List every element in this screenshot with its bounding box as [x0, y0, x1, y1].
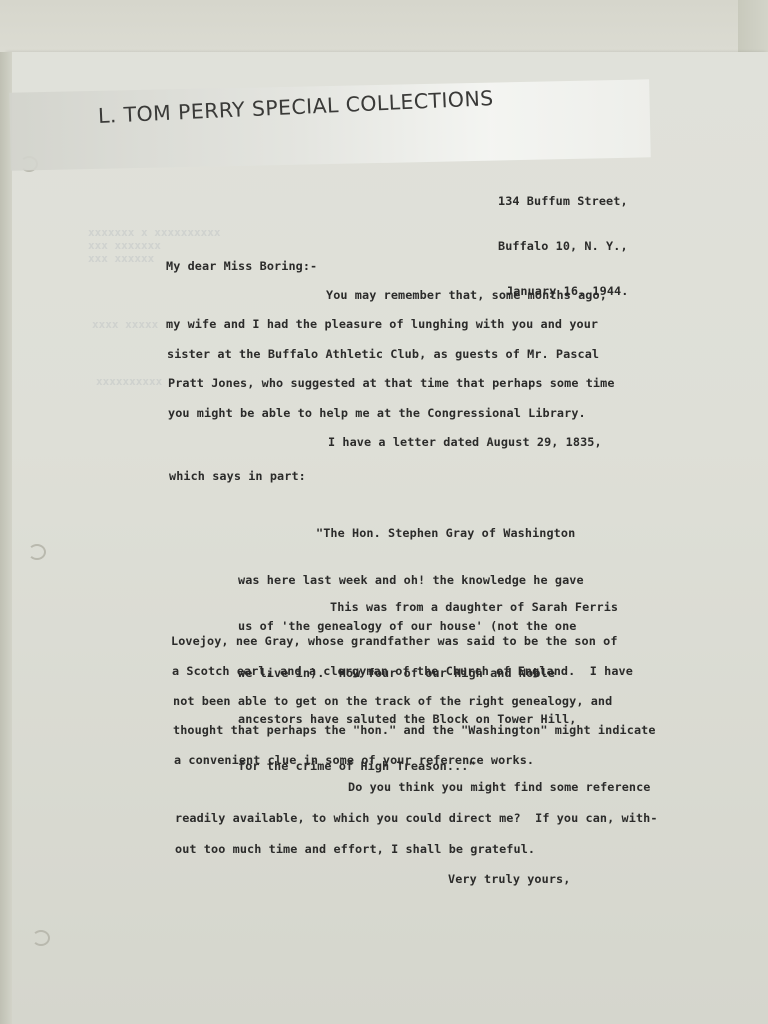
body-line: you might be able to help me at the Cong… [168, 406, 586, 420]
punch-hole-icon [32, 930, 50, 946]
background-sheet [0, 0, 740, 60]
body-line: Pratt Jones, who suggested at that time … [168, 376, 615, 390]
closing: Very truly yours, [448, 872, 570, 886]
body-line: Do you think you might find some referen… [348, 780, 651, 794]
body-line: not been able to get on the track of the… [173, 694, 612, 708]
quote-line: was here last week and oh! the knowledge… [238, 573, 584, 589]
body-line: which says in part: [169, 469, 306, 483]
body-line: sister at the Buffalo Athletic Club, as … [167, 347, 599, 361]
salutation: My dear Miss Boring:- [166, 259, 317, 273]
body-line: Lovejoy, nee Gray, whose grandfather was… [171, 634, 618, 648]
body-line: This was from a daughter of Sarah Ferris [330, 600, 618, 614]
body-line: I have a letter dated August 29, 1835, [328, 435, 602, 449]
body-line: thought that perhaps the "hon." and the … [173, 723, 656, 737]
body-line: a Scotch earl, and a clergyman of the Ch… [172, 664, 633, 678]
address-line: Buffalo 10, N. Y., [498, 239, 628, 254]
quote-line: "The Hon. Stephen Gray of Washington [238, 526, 584, 542]
body-line: out too much time and effort, I shall be… [175, 842, 535, 856]
body-line: readily available, to which you could di… [175, 811, 658, 825]
body-line: my wife and I had the pleasure of lunghi… [166, 317, 598, 331]
quote-line: us of 'the genealogy of our house' (not … [238, 619, 584, 635]
body-line: You may remember that, some months ago, [326, 288, 607, 302]
address-line: 134 Buffum Street, [498, 194, 628, 209]
page-edge [0, 52, 12, 1024]
body-line: a convenient clue in some of your refere… [174, 753, 534, 767]
punch-hole-icon [28, 544, 46, 560]
